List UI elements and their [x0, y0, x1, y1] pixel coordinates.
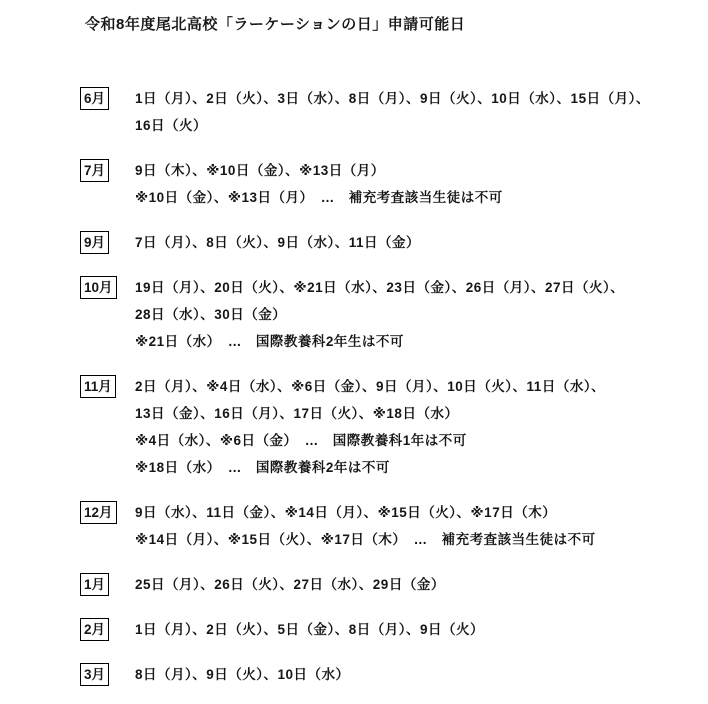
date-line: 25日（月）、26日（火）、27日（水）、29日（金）	[135, 571, 690, 598]
month-label-cell: 3月	[80, 661, 135, 686]
date-lines: 19日（月）、20日（火）、※21日（水）、23日（金）、26日（月）、27日（…	[135, 274, 690, 355]
month-label-cell: 11月	[80, 373, 135, 398]
date-line: ※10日（金）、※13日（月） … 補充考査該当生徒は不可	[135, 184, 690, 211]
month-label-box: 1月	[80, 573, 109, 596]
date-lines: 2日（月）、※4日（水）、※6日（金）、9日（月）、10日（火）、11日（水）、…	[135, 373, 690, 481]
date-line: 19日（月）、20日（火）、※21日（水）、23日（金）、26日（月）、27日（…	[135, 274, 690, 301]
month-label-box: 9月	[80, 231, 109, 254]
month-label-cell: 2月	[80, 616, 135, 641]
date-lines: 25日（月）、26日（火）、27日（水）、29日（金）	[135, 571, 690, 598]
date-lines: 7日（月）、8日（火）、9日（水）、11日（金）	[135, 229, 690, 256]
date-line: 1日（月）、2日（火）、3日（水）、8日（月）、9日（火）、10日（水）、15日…	[135, 85, 690, 112]
month-section: 12月9日（水）、11日（金）、※14日（月）、※15日（火）、※17日（木）※…	[80, 499, 690, 553]
month-section: 11月2日（月）、※4日（水）、※6日（金）、9日（月）、10日（火）、11日（…	[80, 373, 690, 481]
date-line: ※21日（水） … 国際教養科2年生は不可	[135, 328, 690, 355]
date-lines: 1日（月）、2日（火）、3日（水）、8日（月）、9日（火）、10日（水）、15日…	[135, 85, 690, 139]
month-label-cell: 12月	[80, 499, 135, 524]
date-line: 9日（水）、11日（金）、※14日（月）、※15日（火）、※17日（木）	[135, 499, 690, 526]
month-section: 10月19日（月）、20日（火）、※21日（水）、23日（金）、26日（月）、2…	[80, 274, 690, 355]
document-page: 令和8年度尾北高校「ラーケーションの日」申請可能日 6月1日（月）、2日（火）、…	[0, 0, 708, 704]
month-section: 1月25日（月）、26日（火）、27日（水）、29日（金）	[80, 571, 690, 598]
date-line: 13日（金）、16日（月）、17日（火）、※18日（水）	[135, 400, 690, 427]
date-line: 2日（月）、※4日（水）、※6日（金）、9日（月）、10日（火）、11日（水）、	[135, 373, 690, 400]
page-title: 令和8年度尾北高校「ラーケーションの日」申請可能日	[85, 15, 690, 35]
month-label-box: 6月	[80, 87, 109, 110]
month-section: 2月1日（月）、2日（火）、5日（金）、8日（月）、9日（火）	[80, 616, 690, 643]
month-label-cell: 9月	[80, 229, 135, 254]
date-lines: 1日（月）、2日（火）、5日（金）、8日（月）、9日（火）	[135, 616, 690, 643]
month-section: 9月7日（月）、8日（火）、9日（水）、11日（金）	[80, 229, 690, 256]
month-section: 3月8日（月）、9日（火）、10日（水）	[80, 661, 690, 688]
month-label-box: 10月	[80, 276, 117, 299]
date-line: 7日（月）、8日（火）、9日（水）、11日（金）	[135, 229, 690, 256]
month-label-cell: 6月	[80, 85, 135, 110]
month-label-cell: 7月	[80, 157, 135, 182]
date-lines: 8日（月）、9日（火）、10日（水）	[135, 661, 690, 688]
date-lines: 9日（水）、11日（金）、※14日（月）、※15日（火）、※17日（木）※14日…	[135, 499, 690, 553]
date-line: 9日（木）、※10日（金）、※13日（月）	[135, 157, 690, 184]
month-sections: 6月1日（月）、2日（火）、3日（水）、8日（月）、9日（火）、10日（水）、1…	[80, 85, 690, 688]
date-line: ※18日（水） … 国際教養科2年は不可	[135, 454, 690, 481]
month-label-box: 12月	[80, 501, 117, 524]
month-label-cell: 10月	[80, 274, 135, 299]
date-line: 8日（月）、9日（火）、10日（水）	[135, 661, 690, 688]
date-line: 16日（火）	[135, 112, 690, 139]
date-line: 1日（月）、2日（火）、5日（金）、8日（月）、9日（火）	[135, 616, 690, 643]
month-section: 7月9日（木）、※10日（金）、※13日（月）※10日（金）、※13日（月） ……	[80, 157, 690, 211]
month-label-box: 3月	[80, 663, 109, 686]
month-label-box: 2月	[80, 618, 109, 641]
month-label-box: 11月	[80, 375, 116, 398]
date-line: 28日（水）、30日（金）	[135, 301, 690, 328]
month-label-cell: 1月	[80, 571, 135, 596]
date-lines: 9日（木）、※10日（金）、※13日（月）※10日（金）、※13日（月） … 補…	[135, 157, 690, 211]
date-line: ※14日（月）、※15日（火）、※17日（木） … 補充考査該当生徒は不可	[135, 526, 690, 553]
month-section: 6月1日（月）、2日（火）、3日（水）、8日（月）、9日（火）、10日（水）、1…	[80, 85, 690, 139]
date-line: ※4日（水）、※6日（金） … 国際教養科1年は不可	[135, 427, 690, 454]
month-label-box: 7月	[80, 159, 109, 182]
